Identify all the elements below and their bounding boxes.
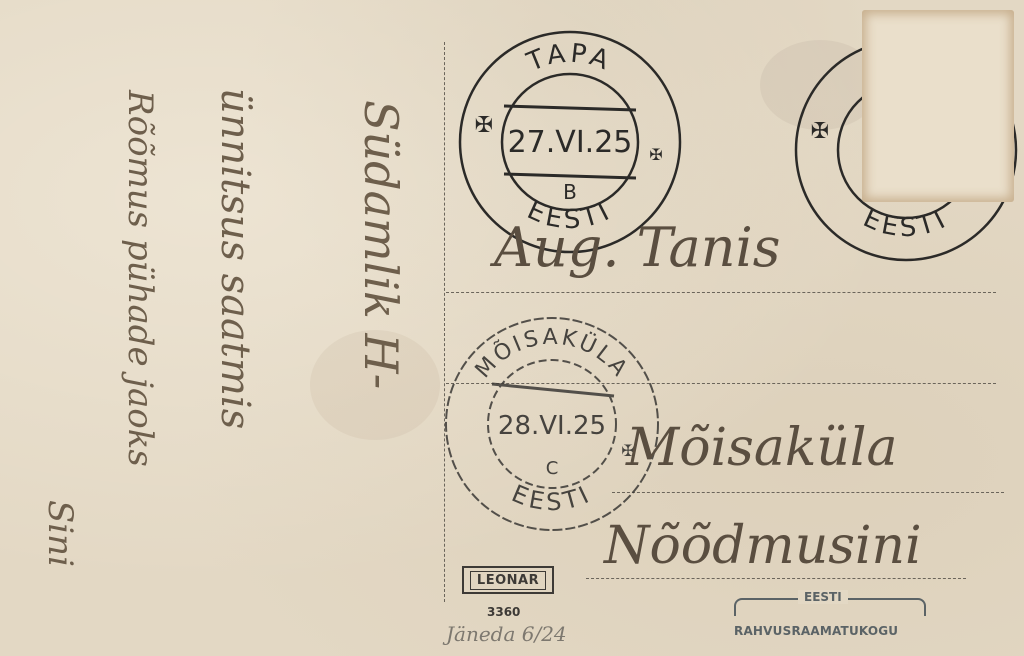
svg-text:B: B: [563, 180, 577, 204]
publisher-number: 3360: [487, 605, 520, 619]
message-line-4: Sini: [40, 500, 80, 567]
message-line-3: Rõõmus pühade jaoks: [120, 90, 160, 467]
svg-text:TAPA: TAPA: [522, 38, 616, 78]
postage-stamp-area-overlay: [862, 10, 1014, 202]
svg-text:✠: ✠: [475, 113, 493, 138]
address-line-4: [586, 578, 966, 579]
address-line-3: [612, 492, 1004, 493]
address-line-1: [446, 292, 996, 293]
svg-text:✠: ✠: [649, 145, 662, 164]
message-line-2: ünnitsus saatmis: [212, 88, 258, 429]
svg-text:27.VI.25: 27.VI.25: [508, 125, 633, 160]
pencil-annotation: Jäneda 6/24: [446, 622, 567, 646]
recipient-name: Aug. Tanis: [494, 216, 780, 279]
recipient-place: Mõisaküla: [626, 418, 898, 478]
svg-text:28.VI.25: 28.VI.25: [498, 411, 606, 441]
message-line-1: Südamlik H-: [354, 100, 408, 389]
svg-text:C: C: [546, 458, 559, 479]
publisher-logo: LEONAR: [462, 566, 554, 594]
svg-text:✠: ✠: [811, 119, 829, 144]
publisher-name: LEONAR: [470, 571, 546, 590]
library-stamp-name: RAHVUSRAAMATUKOGU: [734, 624, 898, 638]
recipient-street: Nõõdmusini: [604, 516, 922, 576]
svg-text:MÕISAKÜLA: MÕISAKÜLA: [471, 325, 634, 383]
library-stamp: EESTI RAHVUSRAAMATUKOGU: [734, 590, 926, 640]
svg-text:EESTI: EESTI: [508, 479, 597, 516]
postcard-back: Südamlik H- ünnitsus saatmis Rõõmus püha…: [0, 0, 1024, 656]
svg-text:EESTI: EESTI: [859, 203, 954, 243]
library-stamp-country: EESTI: [798, 590, 848, 604]
